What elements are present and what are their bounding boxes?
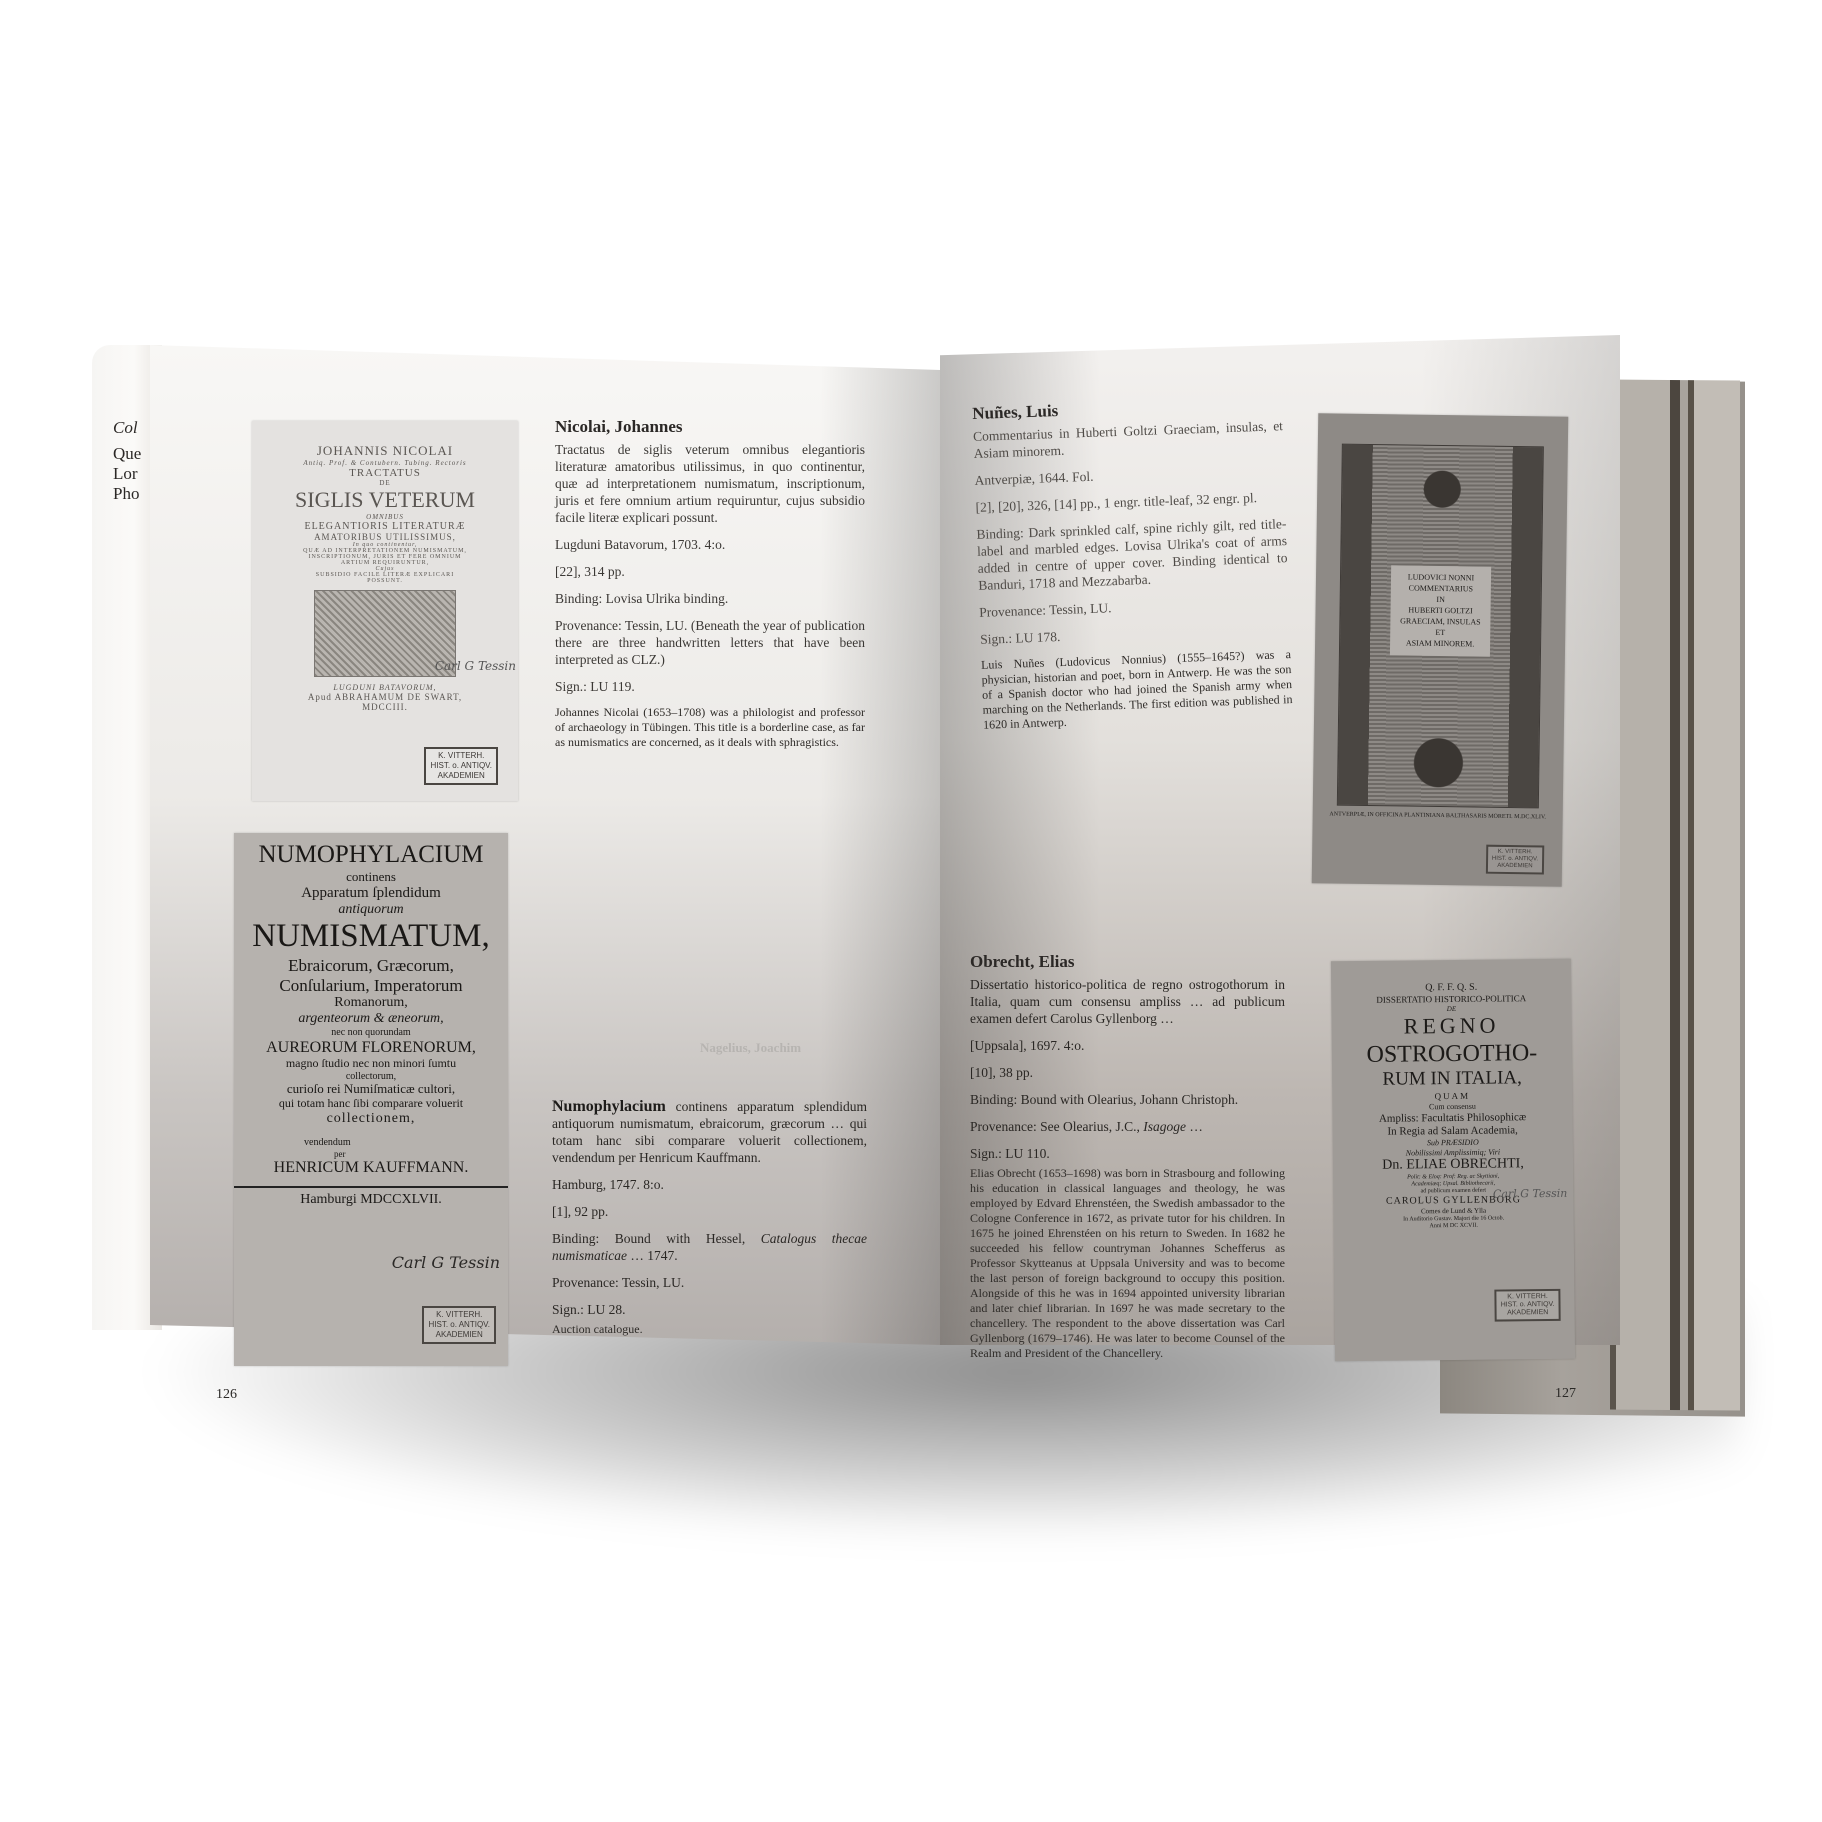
plate-line: TRACTATUS [252, 467, 518, 479]
entry-binding: Binding: Lovisa Ulrika binding. [555, 590, 865, 607]
entry-note: Auction catalogue. [552, 1322, 867, 1337]
right-page-edges [1610, 380, 1740, 1411]
page-number-right: 127 [1555, 1386, 1576, 1402]
entry-note: Johannes Nicolai (1653–1708) was a philo… [555, 705, 865, 750]
entry-title: Numophylacium continens apparatum splend… [552, 1098, 867, 1166]
entry-numophylacium: Numophylacium continens apparatum splend… [552, 1098, 867, 1347]
entry-imprint: Lugduni Batavorum, 1703. 4:o. [555, 536, 865, 553]
plate-line: nec non quorundam [234, 1027, 508, 1039]
entry-provenance: Provenance: Tessin, LU. (Beneath the yea… [555, 617, 865, 668]
library-stamp: K. VITTERH. HIST. o. ANTIQV. AKADEMIEN [424, 747, 498, 785]
plate-line: SIGLIS VETERUM [252, 487, 518, 513]
entry-nunes: Nuñes, Luis Commentarius in Huberti Golt… [972, 394, 1294, 743]
plate-nunes-frontispiece: LUDOVICI NONNI COMMENTARIUS IN HUBERTI G… [1312, 413, 1569, 886]
plate-line: NUMOPHYLACIUM [234, 841, 508, 870]
entry-binding: Binding: Bound with Hessel, Catalogus th… [552, 1230, 867, 1264]
plate-line: collectionem, [234, 1111, 508, 1127]
entry-sign: Sign.: LU 119. [555, 678, 865, 695]
entry-heading: Nicolai, Johannes [555, 418, 865, 435]
library-stamp: K. VITTERH. HIST. o. ANTIQV. AKADEMIEN [422, 1306, 496, 1344]
entry-imprint: [Uppsala], 1697. 4:o. [970, 1037, 1285, 1054]
entry-collation: [2], [20], 326, [14] pp., 1 engr. title-… [975, 488, 1285, 516]
plate-line: Conſularium, Imperatorum [234, 976, 508, 996]
plate-line: Ebraicorum, Græcorum, [234, 956, 508, 976]
flap-line: Que [113, 444, 141, 464]
plate-line: HENRICUM KAUFFMANN. [234, 1159, 508, 1177]
flap-line: Pho [113, 484, 141, 504]
library-stamp: K. VITTERH. HIST. o. ANTIQV. AKADEMIEN [1486, 845, 1545, 875]
plate-line: Antiq. Prof. & Contubern. Tubing. Rector… [252, 459, 518, 467]
plate-line: qui totam hanc ſibi comparare voluerit [234, 1097, 508, 1111]
plate-line: JOHANNIS NICOLAI [252, 443, 518, 459]
plate-line: magno ſtudio nec non minori ſumtu [234, 1057, 508, 1071]
page-number-left: 126 [216, 1387, 237, 1403]
plate-line: OMNIBUS [252, 513, 518, 521]
plate-line: Hamburgi MDCCXLVII. [234, 1186, 508, 1208]
frontispiece-cartouche: LUDOVICI NONNI COMMENTARIUS IN HUBERTI G… [1390, 565, 1491, 656]
flap-line: Lor [113, 464, 141, 484]
plate-line: continens [234, 870, 508, 885]
plate-obrecht-title-page: Q. F. F. Q. S. DISSERTATIO HISTORICO-POL… [1331, 959, 1575, 1361]
entry-nicolai: Nicolai, Johannes Tractatus de siglis ve… [555, 418, 865, 760]
plate-line: vendendum [234, 1137, 508, 1149]
entry-binding: Binding: Bound with Olearius, Johann Chr… [970, 1091, 1285, 1108]
entry-heading: Numophylacium [552, 1098, 666, 1115]
entry-heading: Obrecht, Elias [970, 953, 1285, 970]
plate-line: DE [252, 479, 518, 487]
plate-line: MDCCIII. [252, 702, 518, 712]
plate-line: per [234, 1149, 508, 1159]
flap-heading: Col [113, 418, 141, 438]
entry-collation: [1], 92 pp. [552, 1203, 867, 1220]
show-through-text: Nagelius, Joachim [700, 1040, 870, 1056]
entry-title: Commentarius in Huberti Goltzi Graeciam,… [973, 417, 1284, 462]
entry-collation: [10], 38 pp. [970, 1064, 1285, 1081]
plate-line: AMATORIBUS UTILISSIMUS, [252, 532, 518, 542]
plate-line: RUM IN ITALIA, [1332, 1067, 1572, 1092]
entry-sign: Sign.: LU 110. [970, 1145, 1285, 1162]
plate-line: argenteorum & æneorum, [234, 1011, 508, 1027]
entry-sign: Sign.: LU 28. [552, 1301, 867, 1318]
plate-line: Anni M DC XCVII. [1334, 1222, 1574, 1232]
entry-binding: Binding: Dark sprinkled calf, spine rich… [976, 515, 1288, 594]
entry-collation: [22], 314 pp. [555, 563, 865, 580]
entry-title: Dissertatio historico-politica de regno … [970, 976, 1285, 1027]
entry-imprint: Hamburg, 1747. 8:o. [552, 1176, 867, 1193]
entry-imprint: Antverpiæ, 1644. Fol. [974, 461, 1284, 489]
plate-nicolai-title-page: JOHANNIS NICOLAI Antiq. Prof. & Contuber… [252, 421, 518, 801]
plate-line: LUGDUNI BATAVORUM, [252, 683, 518, 692]
handwritten-signature: Carl G Tessin [1493, 1187, 1568, 1201]
plate-line: REGNO [1331, 1012, 1571, 1041]
plate-line: AUREORUM FLORENORUM, [234, 1039, 508, 1057]
entry-provenance: Provenance: See Olearius, J.C., Isagoge … [970, 1118, 1285, 1135]
entry-obrecht: Obrecht, Elias Dissertatio historico-pol… [970, 953, 1285, 1371]
handwritten-signature: Carl G Tessin [435, 659, 516, 673]
library-stamp: K. VITTERH. HIST. o. ANTIQV. AKADEMIEN [1495, 1289, 1561, 1322]
entry-title: Tractatus de siglis veterum omnibus eleg… [555, 441, 865, 526]
plate-line: NUMISMATUM, [234, 918, 508, 956]
plate-line: POSSUNT. [252, 578, 518, 584]
entry-note: Luis Nuñes (Ludovicus Nonnius) (1555–164… [981, 647, 1293, 733]
plate-line: antiquorum [234, 902, 508, 918]
engraved-frontispiece: LUDOVICI NONNI COMMENTARIUS IN HUBERTI G… [1337, 444, 1544, 809]
frontispiece-caption: ANTVERPIÆ, IN OFFICINA PLANTINIANA BALTH… [1313, 811, 1563, 820]
plate-line: ELEGANTIORIS LITERATURÆ [252, 521, 518, 532]
entry-provenance: Provenance: Tessin, LU. [979, 593, 1289, 621]
entry-provenance: Provenance: Tessin, LU. [552, 1274, 867, 1291]
handwritten-signature: Carl G Tessin [392, 1253, 500, 1272]
plate-line: Apparatum ſplendidum [234, 885, 508, 902]
plate-numophylacium-title-page: NUMOPHYLACIUM continens Apparatum ſplend… [234, 833, 508, 1366]
plate-line: OSTROGOTHO- [1332, 1038, 1572, 1069]
plate-line: curioſo rei Numiſmaticæ cultori, [234, 1082, 508, 1097]
plate-line: Romanorum, [234, 995, 508, 1011]
entry-note: Elias Obrecht (1653–1698) was born in St… [970, 1166, 1285, 1361]
left-flap-text: Col Que Lor Pho [113, 418, 141, 504]
plate-line: Apud ABRAHAMUM DE SWART, [252, 692, 518, 702]
entry-sign: Sign.: LU 178. [980, 620, 1290, 648]
